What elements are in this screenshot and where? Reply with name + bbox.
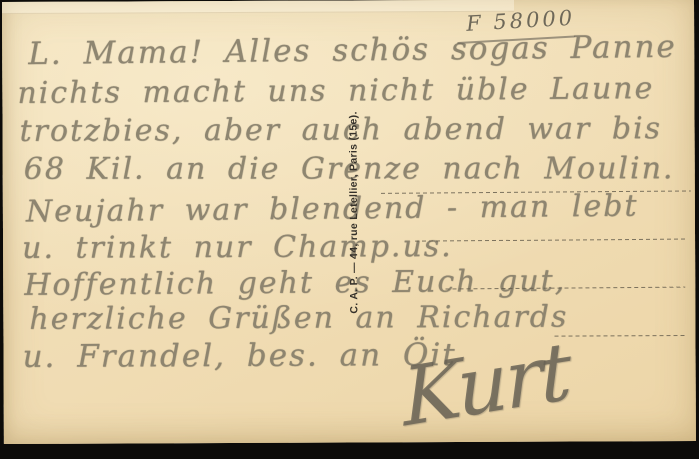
handwriting-line: u. Frandel, bes. an Öit [22, 337, 456, 375]
address-dotted-line [415, 239, 687, 242]
handwriting-line: Hoffentlich geht es Euch gut, [24, 264, 566, 303]
handwriting-line: L. Mama! Alles schös sogas Panne [28, 29, 677, 72]
publisher-imprint: C. A. P. — 44, rue Letellier, Paris (15e… [347, 87, 362, 337]
postcard-back: L. Mama! Alles schös sogas Panne nichts … [2, 0, 696, 444]
scan-backdrop: { "colors": { "backdrop": "#0c0b09", "ca… [0, 0, 699, 459]
paper-edge-highlight [2, 0, 514, 14]
handwriting-line: trotzbies, aber auch abend war bis [19, 111, 662, 149]
handwriting-line: nichts macht uns nicht üble Laune [17, 71, 654, 111]
handwriting-line: Neujahr war blendend - man lebt [26, 189, 639, 230]
handwriting-line: herzliche Grüßen an Richards [29, 300, 568, 337]
address-dotted-line [554, 335, 686, 337]
handwriting-line: u. trinkt nur Champ.us. [22, 229, 453, 266]
